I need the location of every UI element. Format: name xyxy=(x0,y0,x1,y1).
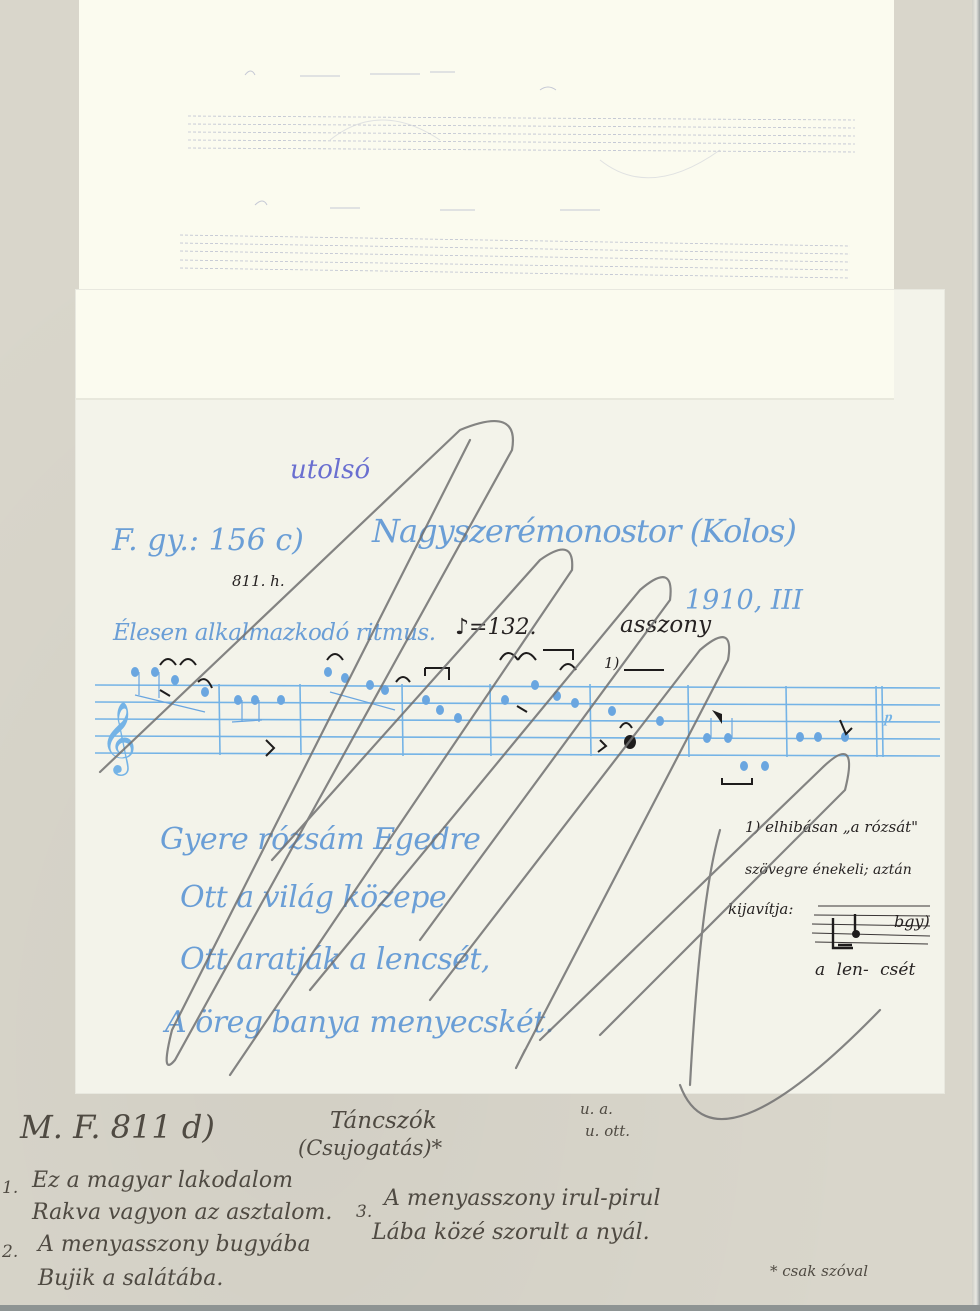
verse-line: Lába közé szorult a nyál. xyxy=(372,1220,650,1245)
board-note: * csak szóval xyxy=(770,1262,868,1280)
verse-line: A menyasszony irul-pirul xyxy=(384,1186,661,1211)
verse-line: A menyasszony bugyába xyxy=(38,1232,311,1257)
board-abbr-2: u. ott. xyxy=(585,1122,630,1140)
board-abbr-1: u. a. xyxy=(580,1100,613,1118)
board-catalog: M. F. 811 d) xyxy=(20,1108,215,1146)
board-subtitle: (Csujogatás)* xyxy=(298,1136,442,1160)
verse-line: Ez a magyar lakodalom xyxy=(32,1168,293,1193)
verse-line: Rakva vagyon az asztalom. xyxy=(32,1200,332,1225)
board-title: Táncszók xyxy=(330,1108,437,1134)
verse-line: Bujik a salátába. xyxy=(38,1266,223,1291)
